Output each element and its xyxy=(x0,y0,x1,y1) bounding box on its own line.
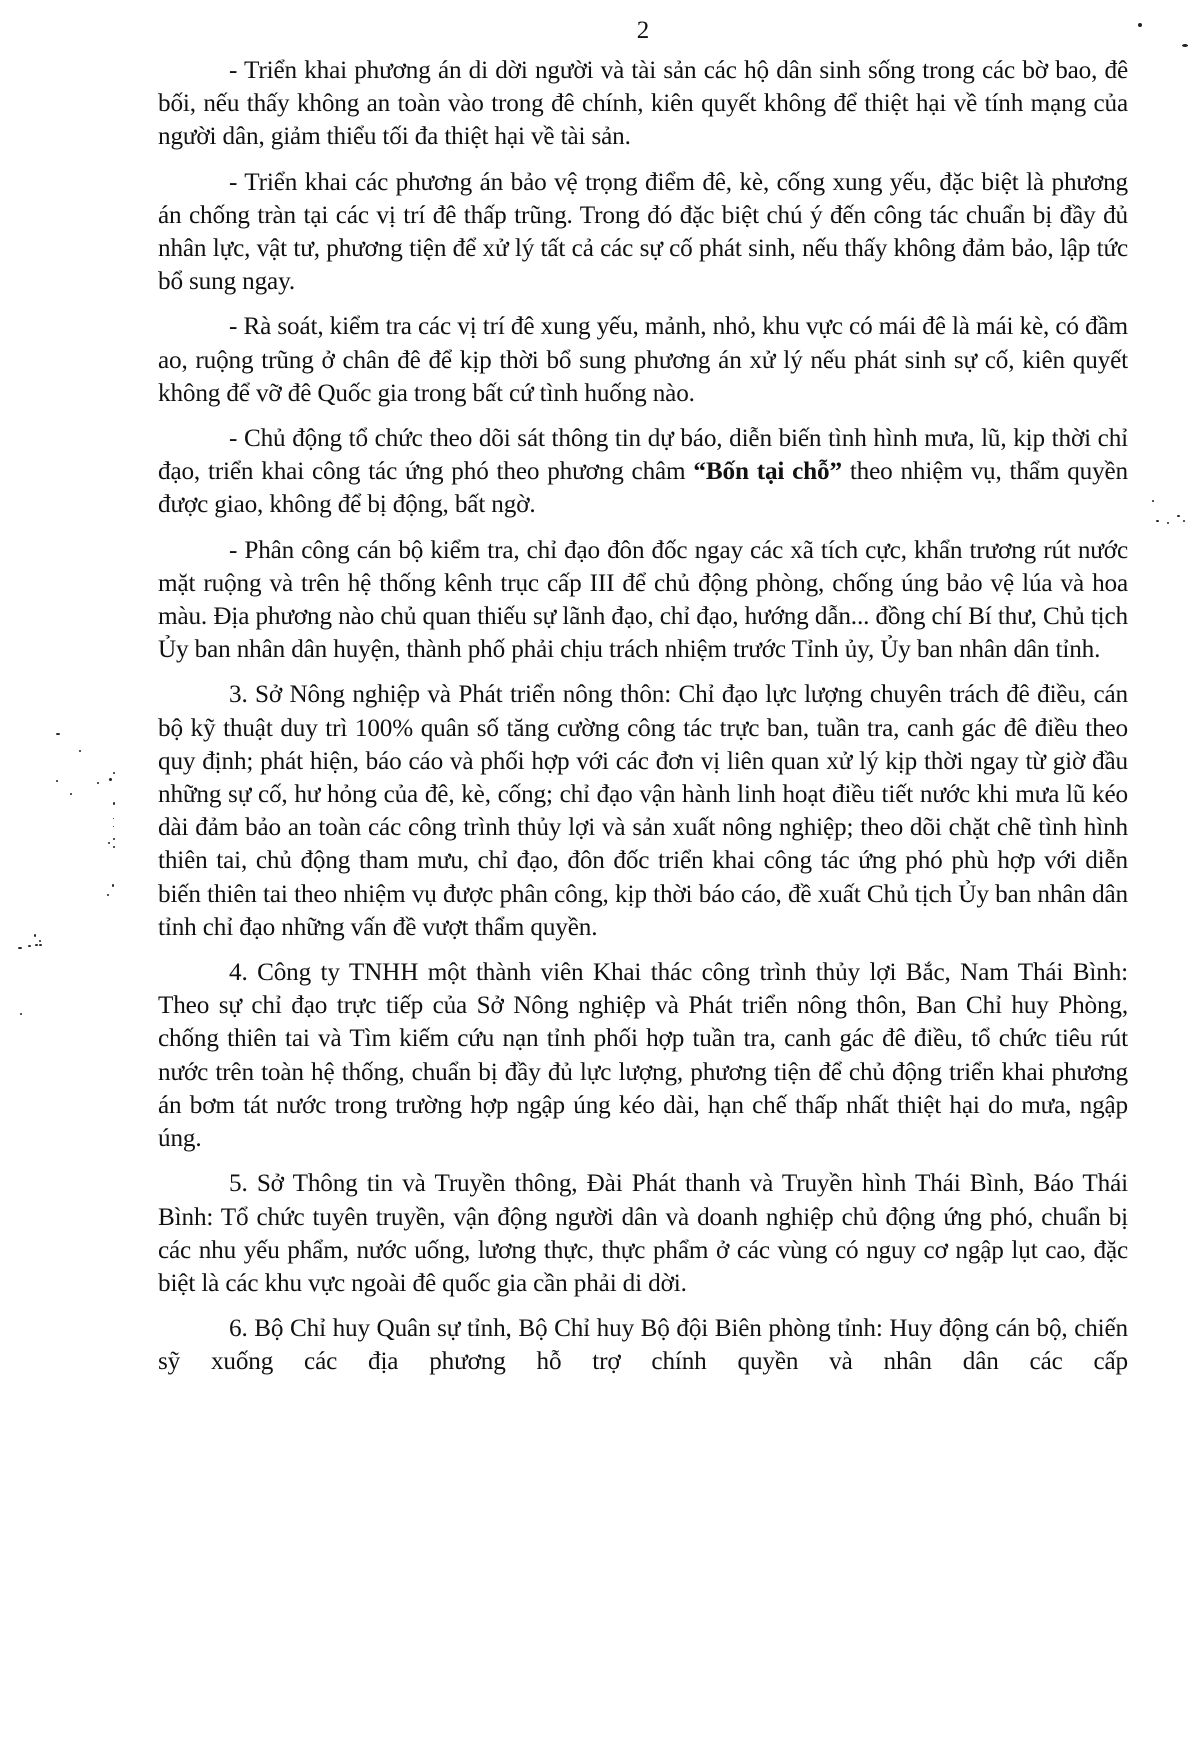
paragraph-item-6-military-command: 6. Bộ Chỉ huy Quân sự tỉnh, Bộ Chỉ huy B… xyxy=(158,1312,1128,1378)
paragraph-staff-assignment: - Phân công cán bộ kiểm tra, chỉ đạo đôn… xyxy=(158,534,1128,667)
scan-speck xyxy=(1138,23,1142,27)
paragraph-dike-inspection: - Rà soát, kiểm tra các vị trí đê xung y… xyxy=(158,310,1128,410)
scan-speck xyxy=(113,802,115,805)
scan-speck xyxy=(28,945,31,947)
scan-speck xyxy=(39,944,42,946)
scan-speck xyxy=(79,750,81,752)
scan-speck xyxy=(1183,520,1185,522)
scan-speck xyxy=(20,1013,22,1015)
scan-speck xyxy=(70,793,72,795)
scan-speck xyxy=(108,842,110,844)
scan-speck xyxy=(113,818,114,819)
scan-speck xyxy=(97,782,99,784)
paragraph-item-3-agriculture-dept: 3. Sở Nông nghiệp và Phát triển nông thô… xyxy=(158,678,1128,944)
scan-speck xyxy=(39,940,41,942)
scan-speck xyxy=(113,846,115,848)
page-number: 2 xyxy=(158,14,1128,54)
scan-speck xyxy=(113,826,114,827)
scan-speck xyxy=(1177,515,1180,517)
scan-speck xyxy=(56,780,58,782)
paragraph-item-5-information-dept: 5. Sở Thông tin và Truyền thông, Đài Phá… xyxy=(158,1167,1128,1300)
scan-speck xyxy=(1167,522,1169,524)
scan-speck xyxy=(107,894,109,896)
scan-speck xyxy=(113,772,115,774)
scan-speck xyxy=(1182,44,1188,47)
paragraph-dike-protection: - Triển khai các phương án bảo vệ trọng … xyxy=(158,166,1128,299)
scan-speck xyxy=(112,884,114,887)
document-page: 2 - Triển khai phương án di dời người và… xyxy=(158,14,1128,1391)
scan-speck xyxy=(56,733,60,735)
scan-speck xyxy=(1156,520,1159,522)
scan-speck xyxy=(113,838,115,840)
paragraph-evacuation: - Triển khai phương án di dời người và t… xyxy=(158,54,1128,154)
scan-speck xyxy=(34,934,36,937)
scan-speck xyxy=(18,947,22,949)
paragraph-item-4-irrigation-company: 4. Công ty TNHH một thành viên Khai thác… xyxy=(158,956,1128,1155)
scan-speck xyxy=(109,778,112,781)
paragraph-proactive-monitoring: - Chủ động tổ chức theo dõi sát thông ti… xyxy=(158,422,1128,522)
four-on-the-spot-motto: “Bốn tại chỗ” xyxy=(693,458,842,485)
scan-speck xyxy=(1152,500,1154,502)
scan-speck xyxy=(35,944,38,946)
